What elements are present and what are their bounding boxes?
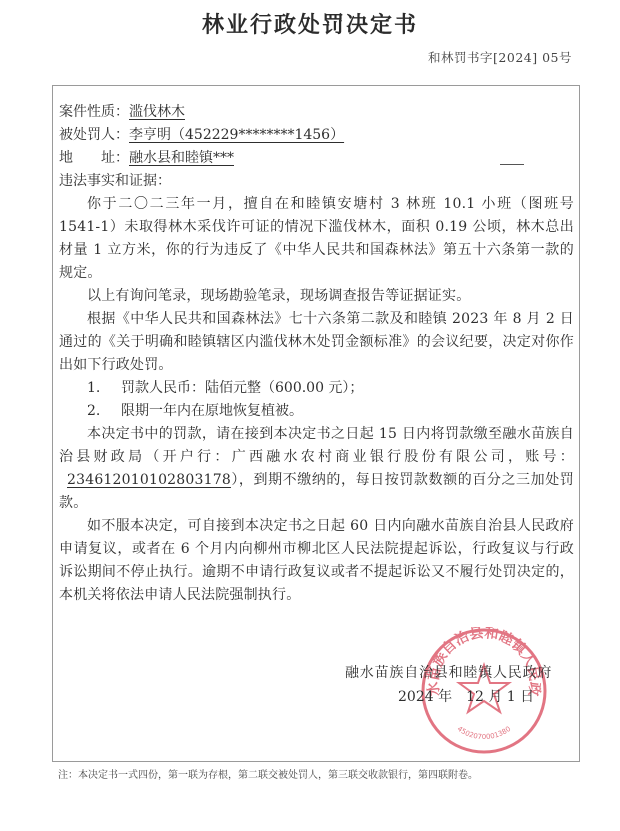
bank-account-number: 234612010102803178 [59, 472, 231, 488]
penalty-item-1: 1.罚款人民币：陆佰元整（600.00 元）； [59, 377, 574, 400]
blank-underline [500, 164, 524, 165]
penalized-party-value: 李亨明（452229********1456） [129, 127, 344, 143]
case-nature-label: 案件性质： [59, 104, 129, 120]
document-title: 林业行政处罚决定书 [0, 8, 620, 39]
penalty-item-2: 2.限期一年内在原地恢复植被。 [59, 400, 574, 423]
case-nature-row: 案件性质：滥伐林木 [59, 101, 574, 124]
address-label: 地 址： [59, 150, 129, 166]
facts-paragraph: 你于二〇二三年一月，擅自在和睦镇安塘村 3 林班 10.1 小班（图班号 154… [59, 193, 574, 285]
address-row: 地 址：融水县和睦镇*** [59, 147, 574, 170]
issuing-authority: 融水苗族自治县和睦镇人民政府 [345, 662, 552, 682]
legal-basis-paragraph: 根据《中华人民共和国森林法》七十六条第二款及和睦镇 2023 年 8 月 2 日… [59, 308, 574, 377]
penalized-party-row: 被处罚人：李亨明（452229********1456） [59, 124, 574, 147]
footer-note: 注：本决定书一式四份，第一联为存根，第二联交被处罚人，第三联交收款银行，第四联附… [58, 766, 478, 781]
address-value: 融水县和睦镇*** [129, 150, 234, 166]
facts-heading: 违法事实和证据： [59, 170, 574, 193]
document-body: 案件性质：滥伐林木 被处罚人：李亨明（452229********1456） 地… [59, 101, 574, 607]
penalty-text: 罚款人民币：陆佰元整（600.00 元）； [121, 380, 363, 396]
payment-paragraph: 本决定书中的罚款，请在接到本决定书之日起 15 日内将罚款缴至融水苗族自治县财政… [59, 423, 574, 515]
payment-instructions: 本决定书中的罚款，请在接到本决定书之日起 15 日内将罚款缴至融水苗族自治县财政… [59, 426, 574, 465]
appeal-paragraph: 如不服本决定，可自接到本决定书之日起 60 日内向融水苗族自治县人民政府申请复议… [59, 515, 574, 607]
issue-date: 2024 年 12 月 1 日 [398, 686, 534, 706]
evidence-paragraph: 以上有询问笔录，现场勘验笔录，现场调查报告等证据证实。 [59, 285, 574, 308]
penalized-party-label: 被处罚人： [59, 127, 129, 143]
penalty-number: 2. [87, 400, 121, 423]
case-nature-value: 滥伐林木 [129, 104, 185, 120]
document-number: 和林罚书字[2024] 05号 [428, 48, 572, 66]
penalty-text: 限期一年内在原地恢复植被。 [121, 403, 303, 419]
penalty-number: 1. [87, 377, 121, 400]
